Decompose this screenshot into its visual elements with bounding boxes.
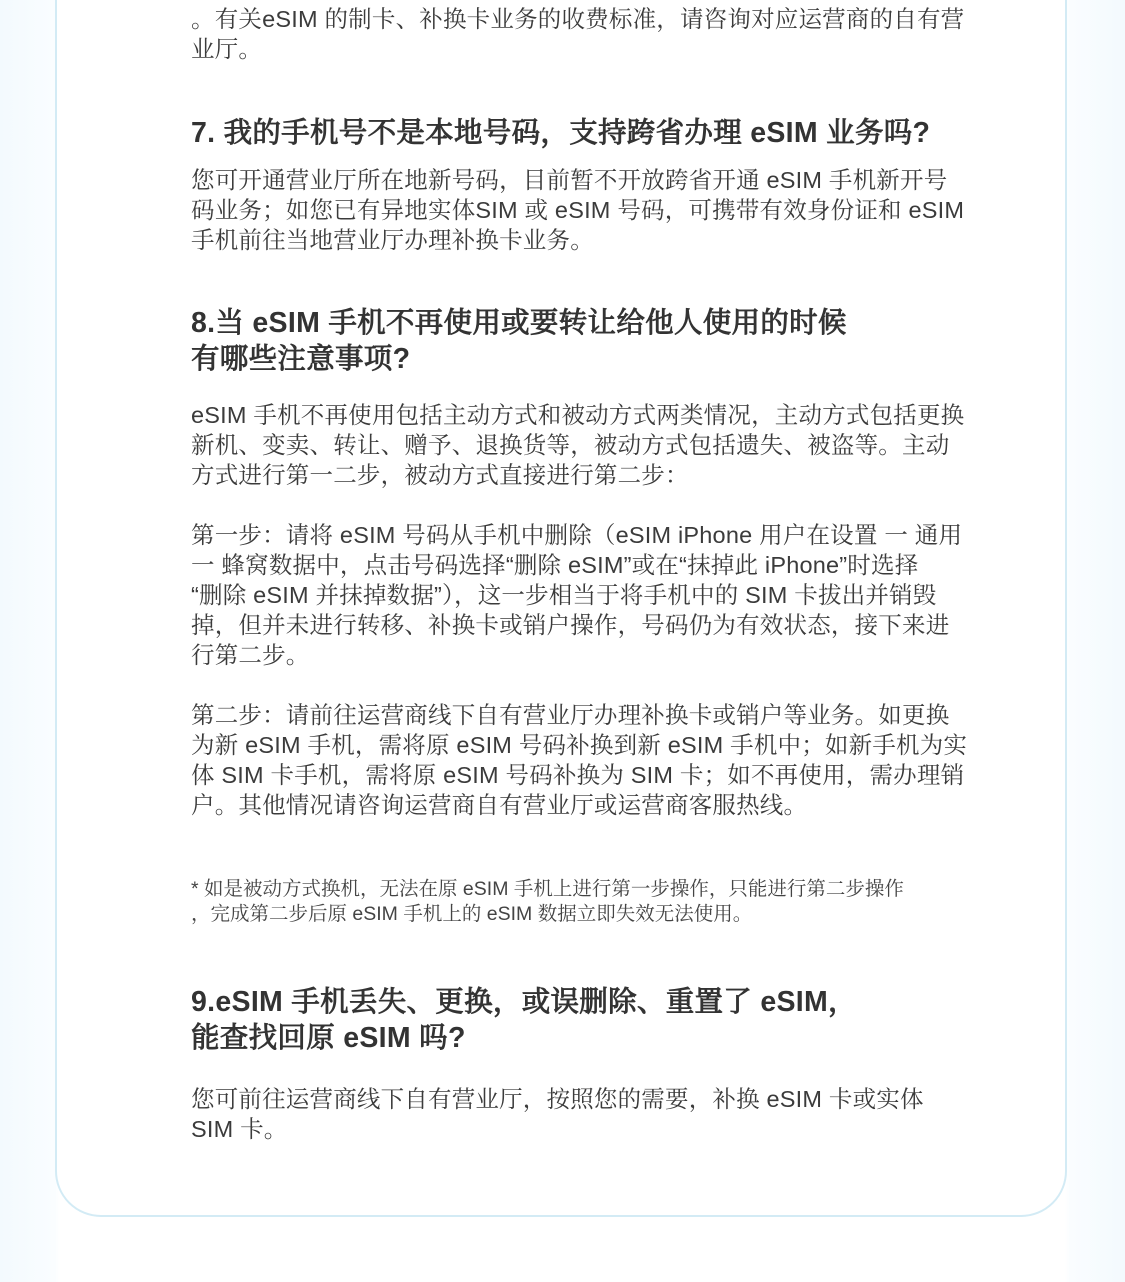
intro-fragment-paragraph: 。有关eSIM 的制卡、补换卡业务的收费标准，请咨询对应运营商的自有营 业厅。 — [191, 4, 991, 64]
faq-answer-8-step1: 第一步：请将 eSIM 号码从手机中删除（eSIM iPhone 用户在设置 一… — [191, 520, 991, 670]
faq-answer-8-intro: eSIM 手机不再使用包括主动方式和被动方式两类情况，主动方式包括更换 新机、变… — [191, 400, 991, 490]
faq-answer-8-note: * 如是被动方式换机，无法在原 eSIM 手机上进行第一步操作，只能进行第二步操… — [191, 877, 991, 927]
faq-question-8: 8.当 eSIM 手机不再使用或要转让给他人使用的时候 有哪些注意事项? — [191, 305, 991, 377]
faq-answer-8-step2: 第二步：请前往运营商线下自有营业厅办理补换卡或销户等业务。如更换 为新 eSIM… — [191, 700, 991, 820]
faq-question-9: 9.eSIM 手机丢失、更换，或误删除、重置了 eSIM， 能查找回原 eSIM… — [191, 984, 991, 1056]
faq-answer-9: 您可前往运营商线下自有营业厅，按照您的需要，补换 eSIM 卡或实体 SIM 卡… — [191, 1084, 991, 1144]
faq-answer-7: 您可开通营业厅所在地新号码，目前暂不开放跨省开通 eSIM 手机新开号 码业务；… — [191, 165, 991, 255]
faq-question-7: 7. 我的手机号不是本地号码，支持跨省办理 eSIM 业务吗? — [191, 115, 991, 151]
